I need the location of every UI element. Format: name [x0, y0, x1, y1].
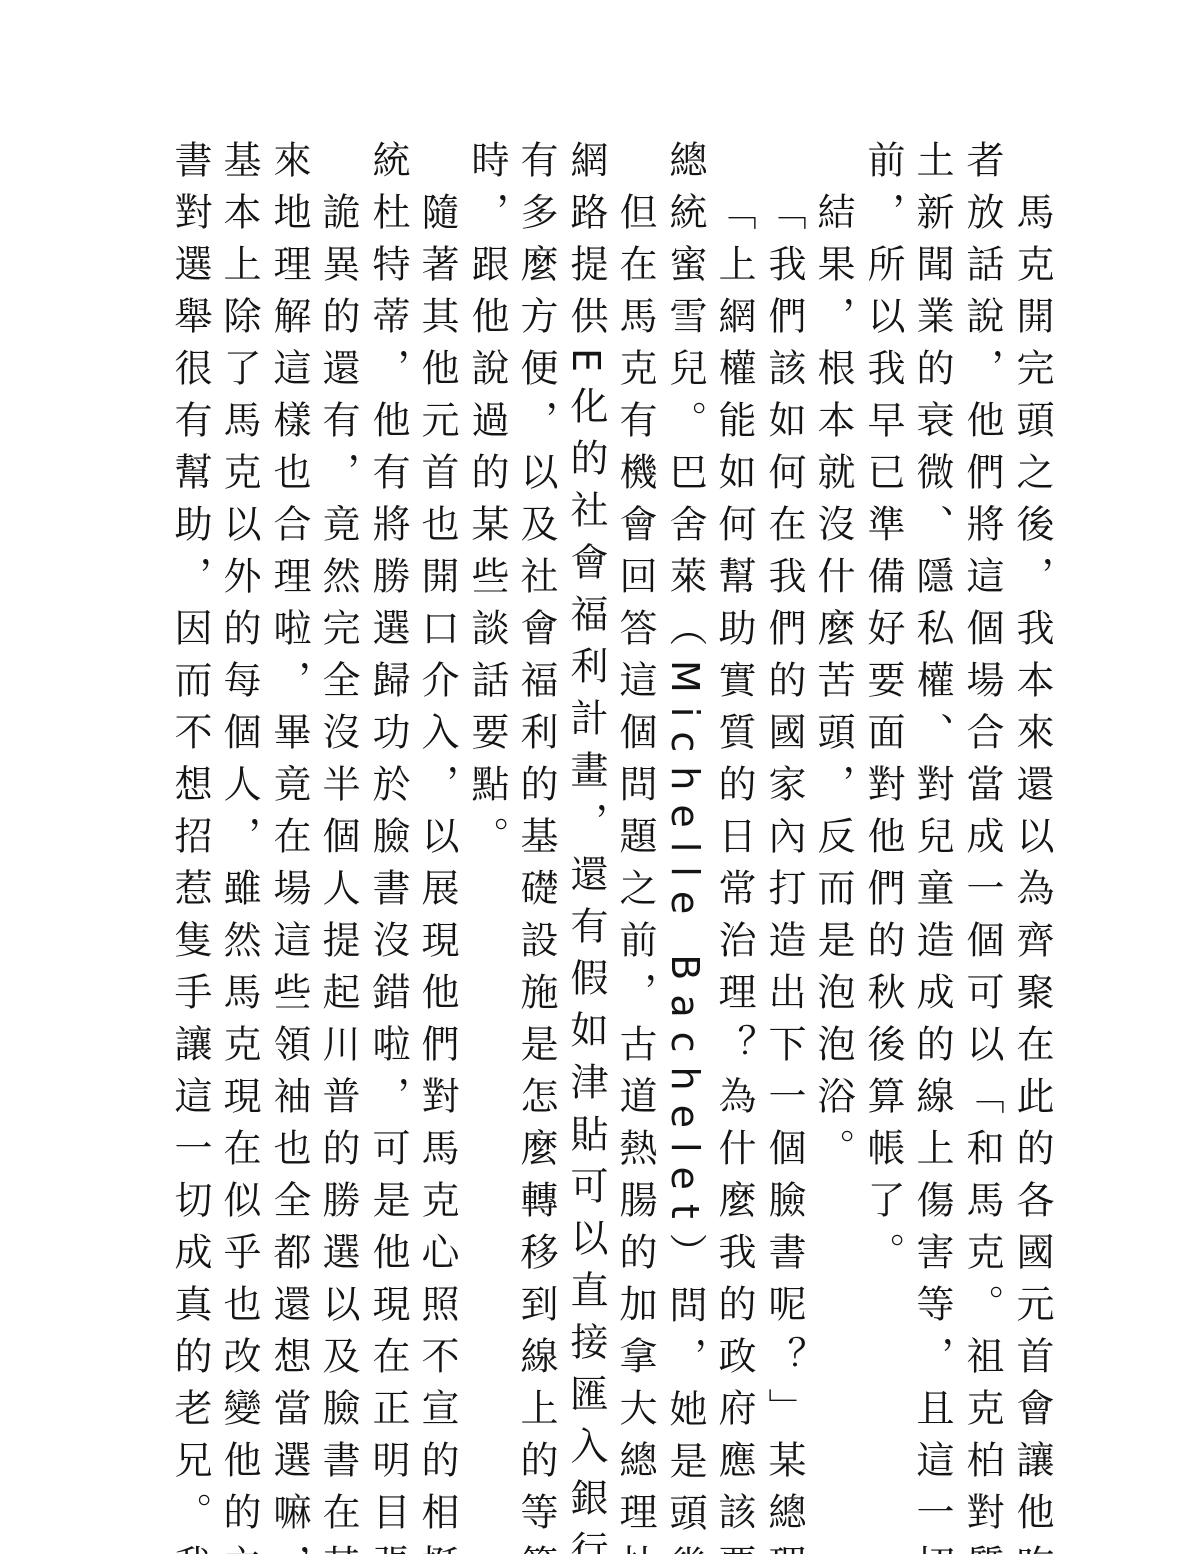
text-column-2: 者放話說，他們將這個場合當成一個可以「和馬克。祖克柏對質的機會」，關於課稅、假資… [960, 140, 1004, 1460]
text-column-12: 時，跟他說過的某些談話要點。 [465, 140, 509, 1460]
text-column-17: 基本上除了馬克以外的每個人，雖然馬克現在似乎也改變他的立場了，但總之，他們八成都… [217, 140, 261, 1460]
text-column-8: 總統蜜雪兒。巴舍萊（Michelle Bachelet）問，她是頭幾個正式反對I… [663, 140, 707, 1460]
text-column-14: 統杜特蒂，他有將勝選歸功於臉書沒錯啦，可是他現在正明目張膽打起瞌睡。 [366, 140, 410, 1460]
text-column-7: 「上網權能如何幫助實質的日常治理？為什麼我的政府應該要將這視為優先發展事項？」智… [712, 192, 756, 1512]
text-column-1: 馬克開完頭之後，我本來還以為齊聚在此的各國元首會讓他吃點苦頭，有少數幾人事前曾對… [1010, 192, 1054, 1512]
text-column-18: 書對選舉很有幫助，因而不想招惹隻手讓這一切成真的老兄。我很篤定，川普當選讓馬克在… [168, 140, 212, 1460]
text-column-3: 土新聞業的衰微、隱私權、對兒童造成的線上傷害等，且這一切全是在川普借助臉書的力量… [910, 140, 954, 1460]
text-column-10: 網路提供E化的社會福利計畫，還有假如津貼可以直接匯入銀行帳戶，不需要申請人再跑銀… [564, 140, 608, 1460]
text-column-11: 有多麼方便，以及社會福利的基礎設施是怎麼轉移到線上的等等。他複述的正是我們會前和… [514, 140, 558, 1460]
text-column-13: 隨著其他元首也開口介入，以展現他們對馬克心照不宣的相挺，我卻注意到新當選的菲律賓… [415, 192, 459, 1512]
text-column-6: 「我們該如何在我們的國家內打造出下一個臉書呢？」某總理丟出軟弱無力的好球。 [762, 192, 806, 1512]
book-page: 馬克開完頭之後，我本來還以為齊聚在此的各國元首會讓他吃點苦頭，有少數幾人事前曾對… [0, 0, 1200, 1554]
text-column-16: 來地理解這樣也合理啦，畢竟在場這些領袖也全都還想當選嘛，他們呢，就像艾略特、雪柔… [267, 140, 311, 1460]
text-column-5: 結果，根本就沒什麼苦頭，反而是泡泡浴。 [811, 192, 855, 1512]
text-column-15: 詭異的還有，竟然完全沒半個人提起川普的勝選以及臉書在其中所扮演的角色。不過我也是… [316, 192, 360, 1512]
text-column-9: 但在馬克有機會回答這個問題之前，古道熱腸的加拿大總理杜魯道便插話解釋起能怎麼樣運… [613, 192, 657, 1512]
text-column-4: 前，所以我早已準備好要面對他們的秋後算帳了。 [861, 140, 905, 1460]
